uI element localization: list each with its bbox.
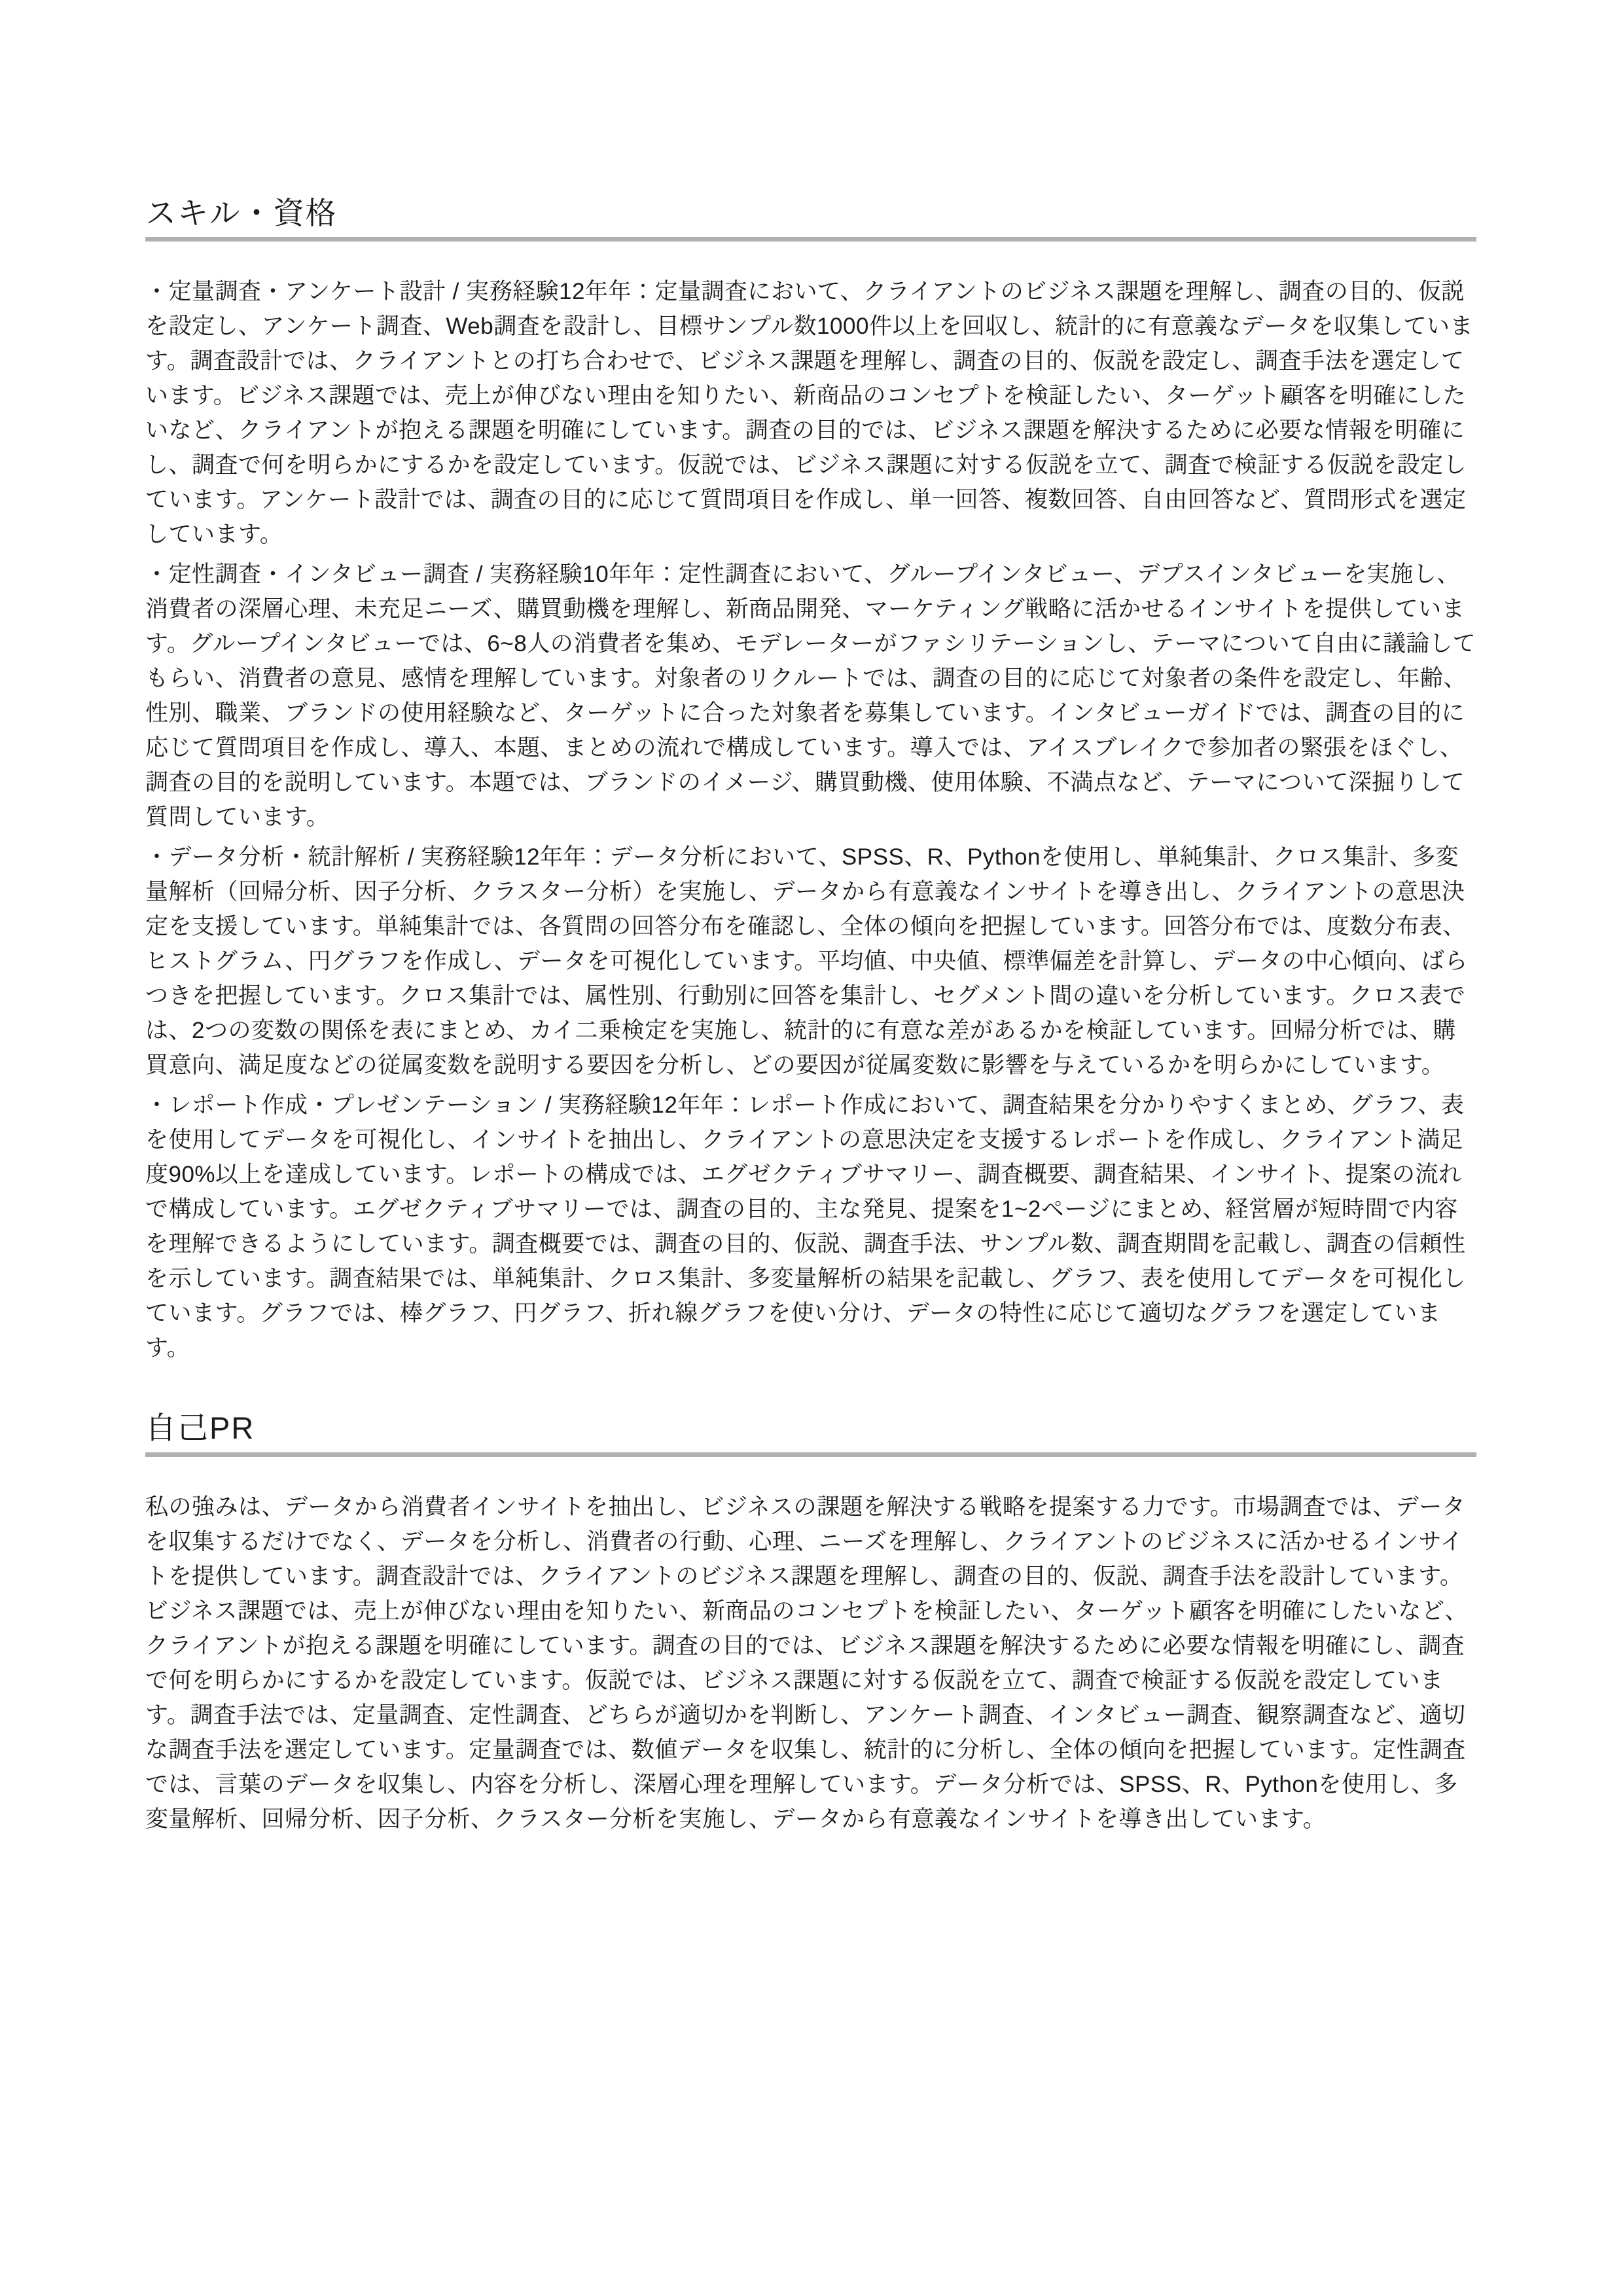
self-pr-paragraph: 私の強みは、データから消費者インサイトを抽出し、ビジネスの課題を解決する戦略を提… xyxy=(145,1490,1476,1837)
skills-section-title: スキル・資格 xyxy=(145,195,1476,232)
skills-paragraph-report-presentation: ・レポート作成・プレゼンテーション / 実務経験12年年：レポート作成において、… xyxy=(145,1088,1476,1365)
skills-section-divider xyxy=(145,237,1476,242)
self-pr-section-title: 自己PR xyxy=(145,1410,1476,1446)
section-self-pr: 自己PR 私の強みは、データから消費者インサイトを抽出し、ビジネスの課題を解決す… xyxy=(145,1410,1476,1836)
resume-document: { "page": { "background_color": "#ffffff… xyxy=(0,0,1623,2296)
skills-paragraph-quantitative-survey: ・定量調査・アンケート設計 / 実務経験12年年：定量調査において、クライアント… xyxy=(145,274,1476,552)
self-pr-section-divider xyxy=(145,1452,1476,1457)
skills-paragraph-data-analysis: ・データ分析・統計解析 / 実務経験12年年：データ分析において、SPSS、R、… xyxy=(145,840,1476,1083)
resume-page: スキル・資格 ・定量調査・アンケート設計 / 実務経験12年年：定量調査において… xyxy=(0,0,1623,2296)
skills-paragraph-qualitative-interview: ・定性調査・インタビュー調査 / 実務経験10年年：定性調査において、グループイ… xyxy=(145,557,1476,834)
section-skills: スキル・資格 ・定量調査・アンケート設計 / 実務経験12年年：定量調査において… xyxy=(145,195,1476,1365)
